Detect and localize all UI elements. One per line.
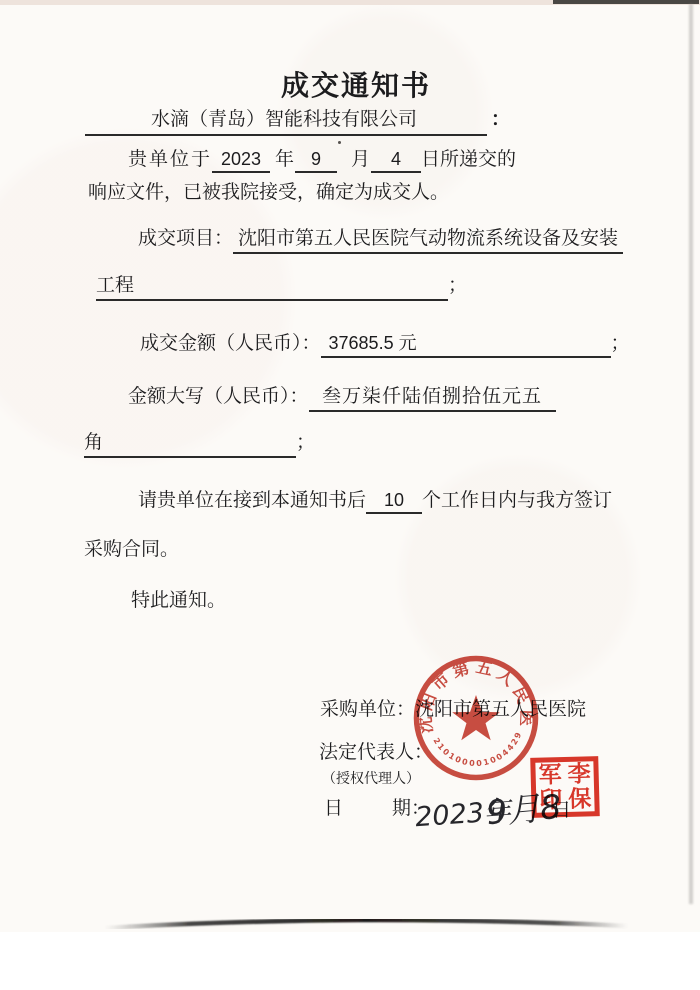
amount-value: 37685.5 元 [321,331,611,358]
closing-line: 特此通知。 [131,589,226,613]
deadline-suffix: 个工作日内与我方签订 [422,490,612,511]
scan-bottom-page-edge [0,895,700,940]
month-value: 9 [295,147,337,173]
project-label: 成交项目： [138,228,233,249]
svg-text:210100001004429: 210100001004429 [431,729,523,768]
amount-words-underline2: 角 [84,431,296,458]
page-title: 成交通知书 [0,64,700,104]
project-line: 成交项目：沈阳市第五人民医院气动物流系统设备及安装 [138,227,623,254]
purchaser-label: 采购单位： [320,699,415,720]
agent-line: （授权代理人） [322,768,420,792]
scan-top-dark-edge [553,0,699,4]
date-label-ri: 日 [324,797,343,821]
name-seal-char-3: 印 [536,787,566,813]
amount-words-line2: 角； [84,431,315,458]
amount-words-semicolon: ； [296,432,315,453]
name-seal-char-2: 李 [564,761,594,787]
name-seal: 军 李 印 保 [530,756,600,818]
scan-right-shadow [689,4,693,904]
scanned-document-page: 成交通知书 水滴（青岛）智能科技有限公司： 贵单位于2023年9月4日所递交的 … [0,0,700,990]
name-seal-char-4: 保 [565,786,595,812]
recipient-colon: ： [487,109,510,130]
amount-label: 成交金额（人民币）： [140,333,321,354]
company-name: 水滴（青岛）智能科技有限公司 [85,109,417,130]
project-value-line2: 工程 [96,275,134,296]
amount-words-label: 金额大写（人民币）： [128,386,309,407]
amount-words-value-line1: 叁万柒仟陆佰捌拾伍元五 [309,385,556,412]
project-semicolon: ； [448,275,467,296]
project-value-line1: 沈阳市第五人民医院气动物流系统设备及安装 [233,227,623,254]
project-line2: 工程； [96,274,467,301]
amount-words-line: 金额大写（人民币）：叁万柒仟陆佰捌拾伍元五 [128,385,556,412]
scan-speck [338,141,341,144]
year-value: 2023 [212,147,270,173]
amount-words-value-line2: 角 [84,432,103,453]
deadline-prefix: 请贵单位在接到本通知书后 [138,490,366,511]
amount-line: 成交金额（人民币）：37685.5 元； [140,331,630,358]
year-label: 年 [270,149,295,170]
deadline-line2: 采购合同。 [84,538,179,562]
seal-number: 210100001004429 [431,729,523,768]
deadline-line: 请贵单位在接到本通知书后10个工作日内与我方签订 [138,488,612,514]
official-round-seal: 沈阳市第五人民医院 210100001004429 [408,650,544,786]
deadline-days: 10 [366,488,422,514]
submission-line2: 响应文件，已被我院接受，确定为成交人。 [88,181,449,205]
month-label: 月 [337,149,371,170]
submission-line: 贵单位于2023年9月4日所递交的 [128,147,516,173]
day-value: 4 [371,147,421,173]
company-underline: 水滴（青岛）智能科技有限公司 [85,108,487,136]
star-icon [452,695,500,740]
submission-suffix: 日所递交的 [421,149,516,170]
recipient-line: 水滴（青岛）智能科技有限公司： [85,108,510,136]
name-seal-char-1: 军 [535,762,565,788]
submission-prefix: 贵单位于 [128,149,212,170]
project-line2-underline: 工程 [96,274,448,301]
amount-semicolon: ； [611,333,630,354]
